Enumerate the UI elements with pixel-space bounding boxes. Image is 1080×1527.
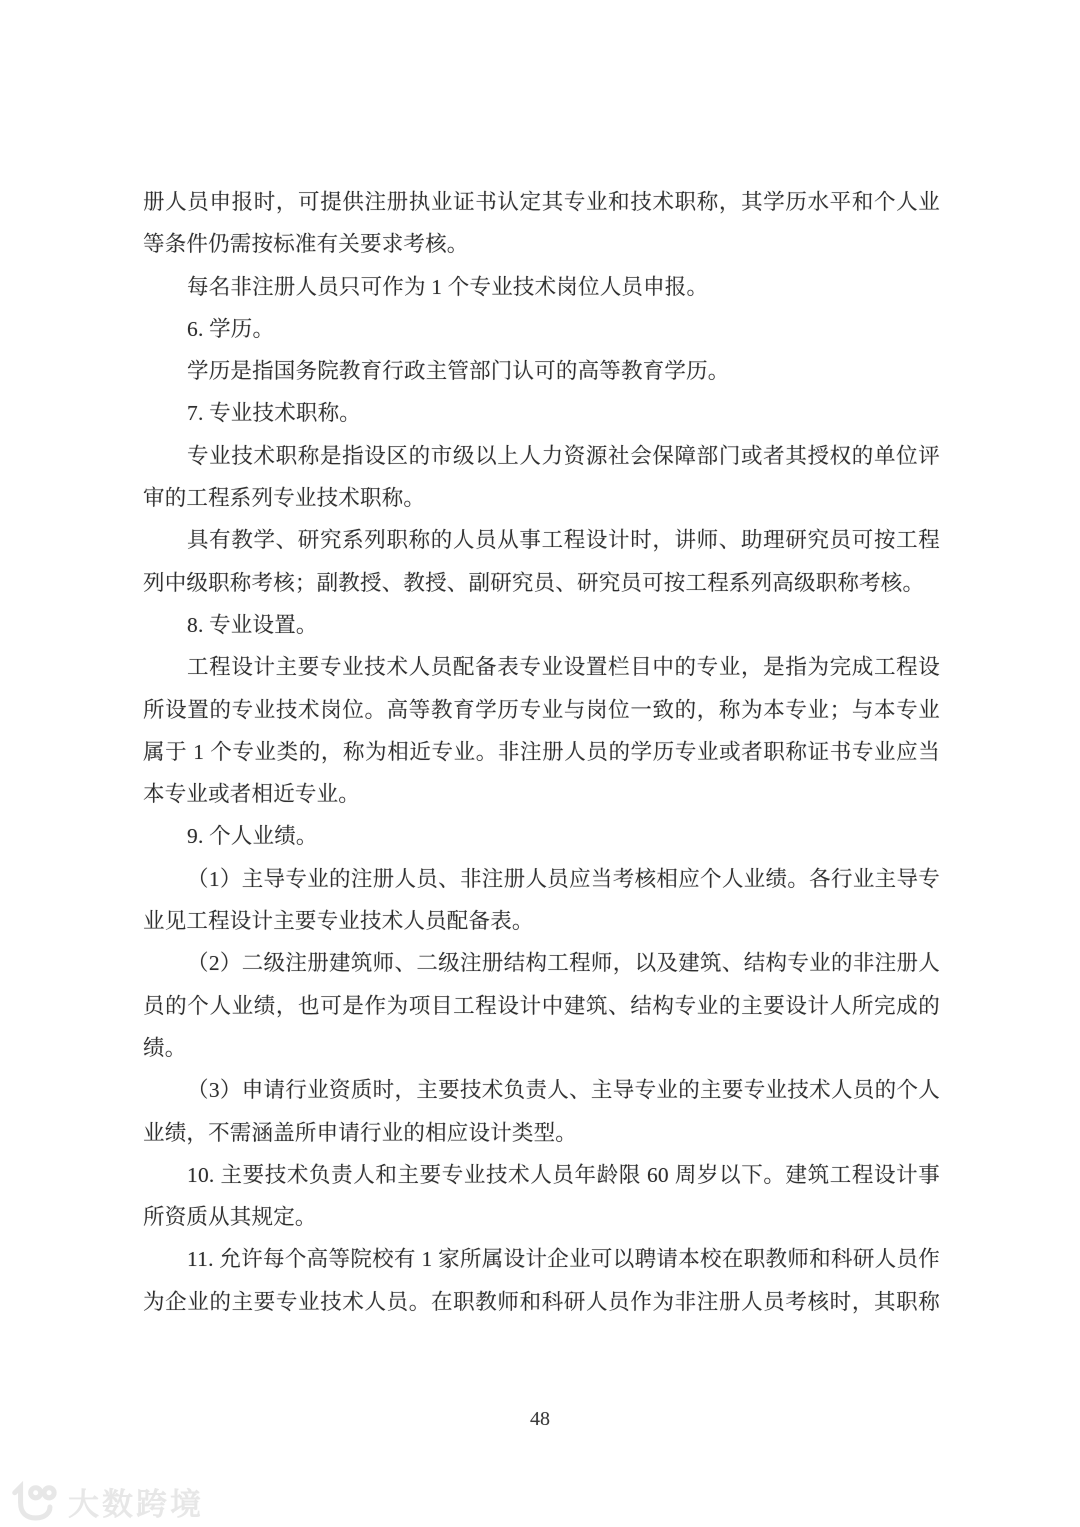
text-line: 9. 个人业绩。 — [143, 815, 940, 857]
text-line: 业见工程设计主要专业技术人员配备表。 — [143, 900, 940, 942]
text-line: 册人员申报时，可提供注册执业证书认定其专业和技术职称，其学历水平和个人业绩 — [143, 181, 940, 223]
text-line: 审的工程系列专业技术职称。 — [143, 477, 940, 519]
watermark-brand-text: 大数跨境 — [68, 1479, 204, 1524]
text-line: 专业技术职称是指设区的市级以上人力资源社会保障部门或者其授权的单位评 — [143, 435, 940, 477]
text-line: 学历是指国务院教育行政主管部门认可的高等教育学历。 — [143, 350, 940, 392]
document-body: 册人员申报时，可提供注册执业证书认定其专业和技术职称，其学历水平和个人业绩等条件… — [143, 181, 940, 1323]
text-line: 工程设计主要专业技术人员配备表专业设置栏目中的专业，是指为完成工程设计 — [143, 646, 940, 688]
document-page: 册人员申报时，可提供注册执业证书认定其专业和技术职称，其学历水平和个人业绩等条件… — [0, 0, 1080, 1527]
text-line: 8. 专业设置。 — [143, 604, 940, 646]
text-line: 10. 主要技术负责人和主要专业技术人员年龄限 60 周岁以下。建筑工程设计事务 — [143, 1154, 940, 1196]
text-line: 属于 1 个专业类的，称为相近专业。非注册人员的学历专业或者职称证书专业应当为 — [143, 731, 940, 773]
hundred-smile-logo-icon — [8, 1481, 60, 1523]
text-line: 员的个人业绩，也可是作为项目工程设计中建筑、结构专业的主要设计人所完成的业 — [143, 985, 940, 1027]
text-line: 具有教学、研究系列职称的人员从事工程设计时，讲师、助理研究员可按工程系 — [143, 519, 940, 561]
text-line: 绩。 — [143, 1027, 940, 1069]
text-line: （1）主导专业的注册人员、非注册人员应当考核相应个人业绩。各行业主导专 — [143, 858, 940, 900]
text-line: 业绩，不需涵盖所申请行业的相应设计类型。 — [143, 1112, 940, 1154]
text-line: 7. 专业技术职称。 — [143, 392, 940, 434]
page-number: 48 — [0, 1408, 1080, 1431]
text-line: （3）申请行业资质时，主要技术负责人、主导专业的主要专业技术人员的个人 — [143, 1069, 940, 1111]
text-line: 等条件仍需按标准有关要求考核。 — [143, 223, 940, 265]
text-line: 所设置的专业技术岗位。高等教育学历专业与岗位一致的，称为本专业；与本专业同 — [143, 689, 940, 731]
text-line: 列中级职称考核；副教授、教授、副研究员、研究员可按工程系列高级职称考核。 — [143, 562, 940, 604]
text-line: 为企业的主要专业技术人员。在职教师和科研人员作为非注册人员考核时，其职称应 — [143, 1281, 940, 1323]
text-line: 每名非注册人员只可作为 1 个专业技术岗位人员申报。 — [143, 266, 940, 308]
text-line: （2）二级注册建筑师、二级注册结构工程师，以及建筑、结构专业的非注册人 — [143, 942, 940, 984]
watermark: 大数跨境 — [8, 1479, 204, 1524]
text-line: 11. 允许每个高等院校有 1 家所属设计企业可以聘请本校在职教师和科研人员作 — [143, 1238, 940, 1280]
text-line: 所资质从其规定。 — [143, 1196, 940, 1238]
text-line: 6. 学历。 — [143, 308, 940, 350]
text-line: 本专业或者相近专业。 — [143, 773, 940, 815]
